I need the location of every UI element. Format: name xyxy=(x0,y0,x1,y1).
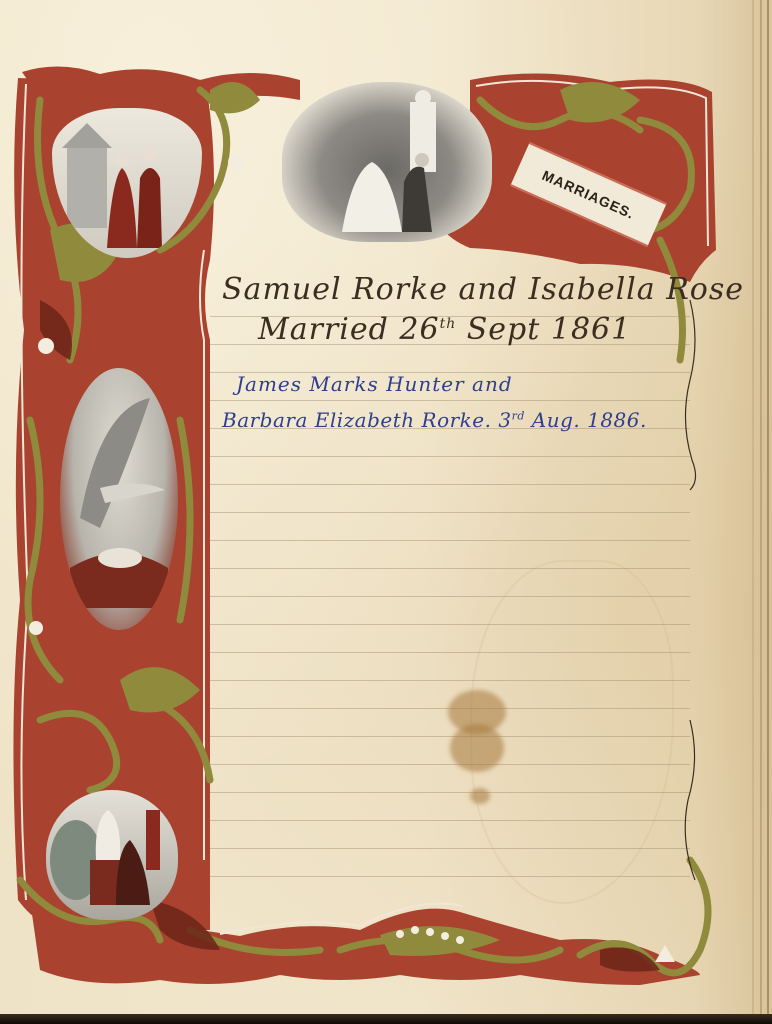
register-page: MARRIAGES. Samuel Rorke and Isabella Ros… xyxy=(0,0,772,1024)
entry-1-date-suffix: Sept 1861 xyxy=(456,312,631,347)
entry-2-prefix: Barbara Elizabeth Rorke. 3 xyxy=(222,408,512,432)
entry-1-date-prefix: Married 26 xyxy=(258,312,440,347)
entry-1-date-ordinal: th xyxy=(440,316,457,332)
entry-1-names: Samuel Rorke and Isabella Rose xyxy=(222,272,744,307)
illustration-wedding-ceremony xyxy=(282,82,492,242)
entry-1-date: Married 26th Sept 1861 xyxy=(258,312,631,347)
entry-2-date-suffix: Aug. 1886. xyxy=(525,408,647,432)
entry-2-names: James Marks Hunter and xyxy=(236,372,513,396)
illustration-angel xyxy=(60,368,178,630)
page-bottom-edge xyxy=(0,1014,772,1024)
entry-2-date-ordinal: rd xyxy=(512,409,525,422)
entry-2-names-date: Barbara Elizabeth Rorke. 3rd Aug. 1886. xyxy=(222,408,647,432)
illustration-mourner-at-urn xyxy=(46,790,178,920)
